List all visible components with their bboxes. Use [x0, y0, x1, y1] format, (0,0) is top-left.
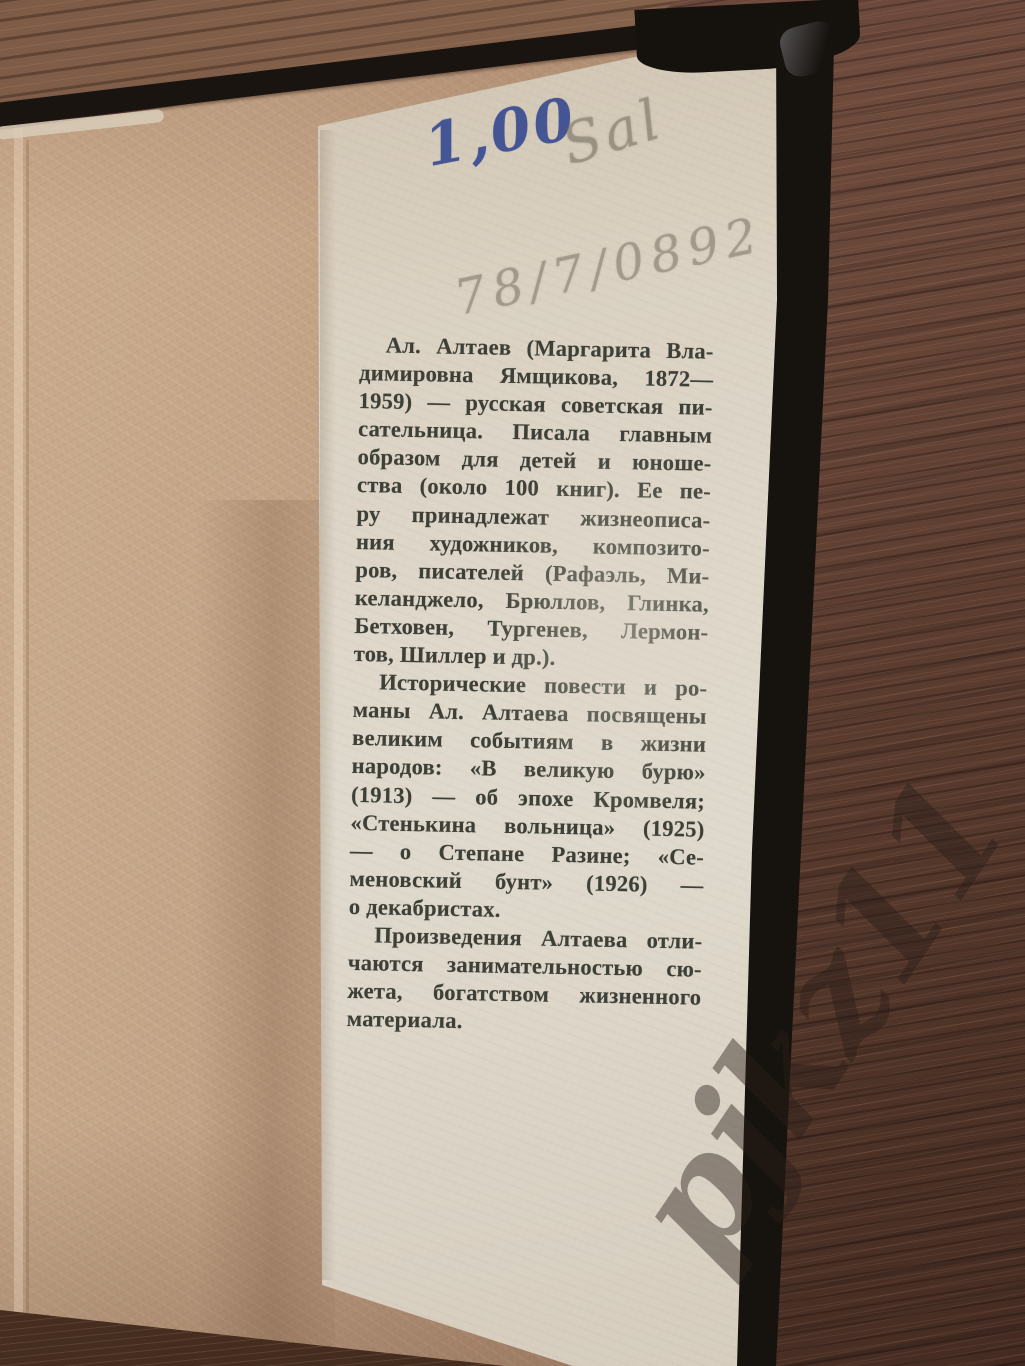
- catalog-number-inscription: 78/7/0892: [450, 206, 769, 327]
- flyleaf-edge-shadow: [320, 130, 336, 1280]
- text-line: материала.: [347, 1005, 701, 1040]
- book-photo: 1,00 Sal 78/7/0892 Ал. Алтаев (Маргарита…: [0, 0, 1025, 1366]
- ink-fade-highlight: [480, 430, 770, 830]
- endpaper-edge-highlight: [14, 120, 23, 1366]
- endpaper-crease: [26, 140, 29, 1340]
